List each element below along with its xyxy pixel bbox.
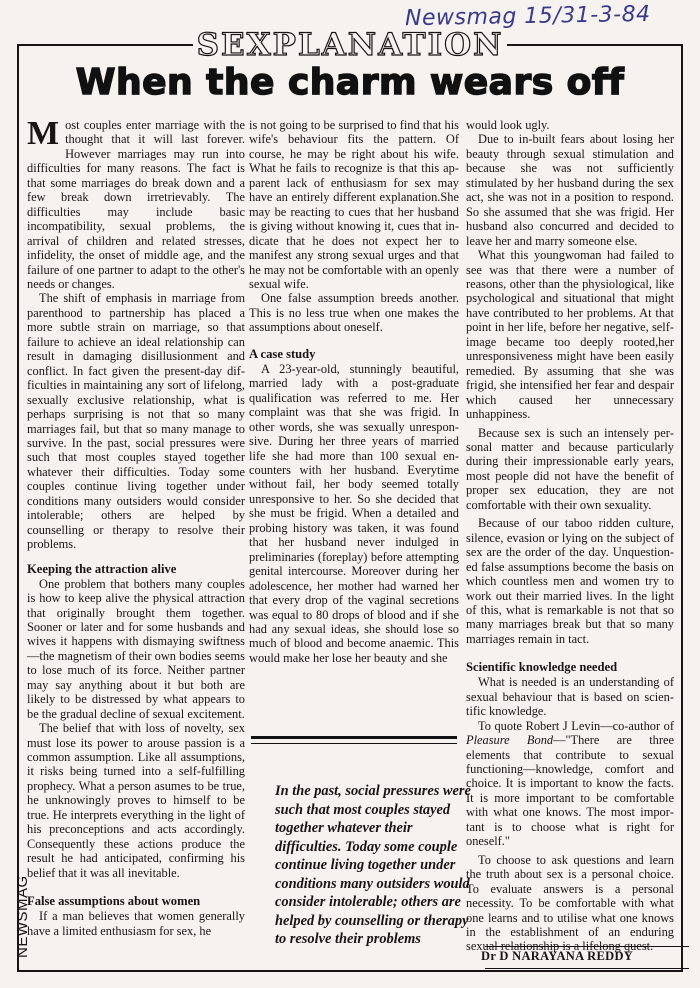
paragraph-text: ost couples enter marriage with the thou…: [27, 118, 245, 291]
article-frame: SEXPLANATION When the charm wears off Mo…: [17, 44, 683, 972]
drop-cap: M: [27, 120, 59, 148]
paragraph: The shift of emphasis in marriage from p…: [27, 291, 245, 551]
column-1: Most couples enter marriage with the tho…: [27, 118, 245, 938]
kicker-text: SEXPLANATION: [193, 28, 508, 62]
subheading-case-study: A case study: [249, 347, 459, 362]
subheading-false-assumptions: False assumptions about women: [27, 894, 245, 909]
subheading-keeping-attraction: Keeping the attraction alive: [27, 562, 245, 577]
section-kicker: SEXPLANATION: [19, 28, 681, 62]
paragraph: To quote Robert J Levin—co-author of Ple…: [466, 719, 674, 849]
pullquote-divider: [251, 736, 457, 744]
paragraph: is not going to be surprised to find tha…: [249, 118, 459, 291]
paragraph: To choose to ask questions and learn the…: [466, 853, 674, 954]
publication-side-label: NEWSMAG: [14, 875, 31, 958]
paragraph: Because sex is such an intensely per­son…: [466, 426, 674, 513]
subheading-scientific-knowledge: Scientific knowledge needed: [466, 660, 674, 675]
author-byline: Dr D NARAYANA REDDY: [481, 949, 633, 964]
paragraph-text: To quote Robert J Levin—co-author of: [478, 719, 674, 733]
paragraph: would look ugly.: [466, 118, 674, 132]
paragraph: If a man believes that women general­ly …: [27, 909, 245, 938]
paragraph: A 23-year-old, stunningly beautiful, mar…: [249, 362, 459, 666]
byline-rule-bottom: [485, 968, 689, 969]
paragraph: One problem that bothers many couples is…: [27, 577, 245, 722]
byline-rule-top: [485, 946, 689, 947]
paragraph: The belief that with loss of novelty, se…: [27, 721, 245, 880]
column-3: would look ugly. Due to in-built fears a…: [466, 118, 674, 954]
paragraph: Because of our taboo ridden culture, sil…: [466, 516, 674, 646]
paragraph: Due to in-built fears about losing her b…: [466, 132, 674, 248]
paragraph: Most couples enter marriage with the tho…: [27, 118, 245, 291]
paragraph: One false assumption breeds another. Thi…: [249, 291, 459, 334]
book-title: Pleasure Bond: [466, 733, 553, 747]
pull-quote: In the past, social pressures were such …: [275, 782, 475, 949]
column-2: is not going to be surprised to find tha…: [249, 118, 459, 665]
paragraph: What this youngwoman had failed to see w…: [466, 248, 674, 421]
article-headline: When the charm wears off: [19, 62, 681, 103]
paragraph: What is needed is an understanding of se…: [466, 675, 674, 718]
paragraph-text: —"There are three elements that contribu…: [466, 733, 674, 848]
